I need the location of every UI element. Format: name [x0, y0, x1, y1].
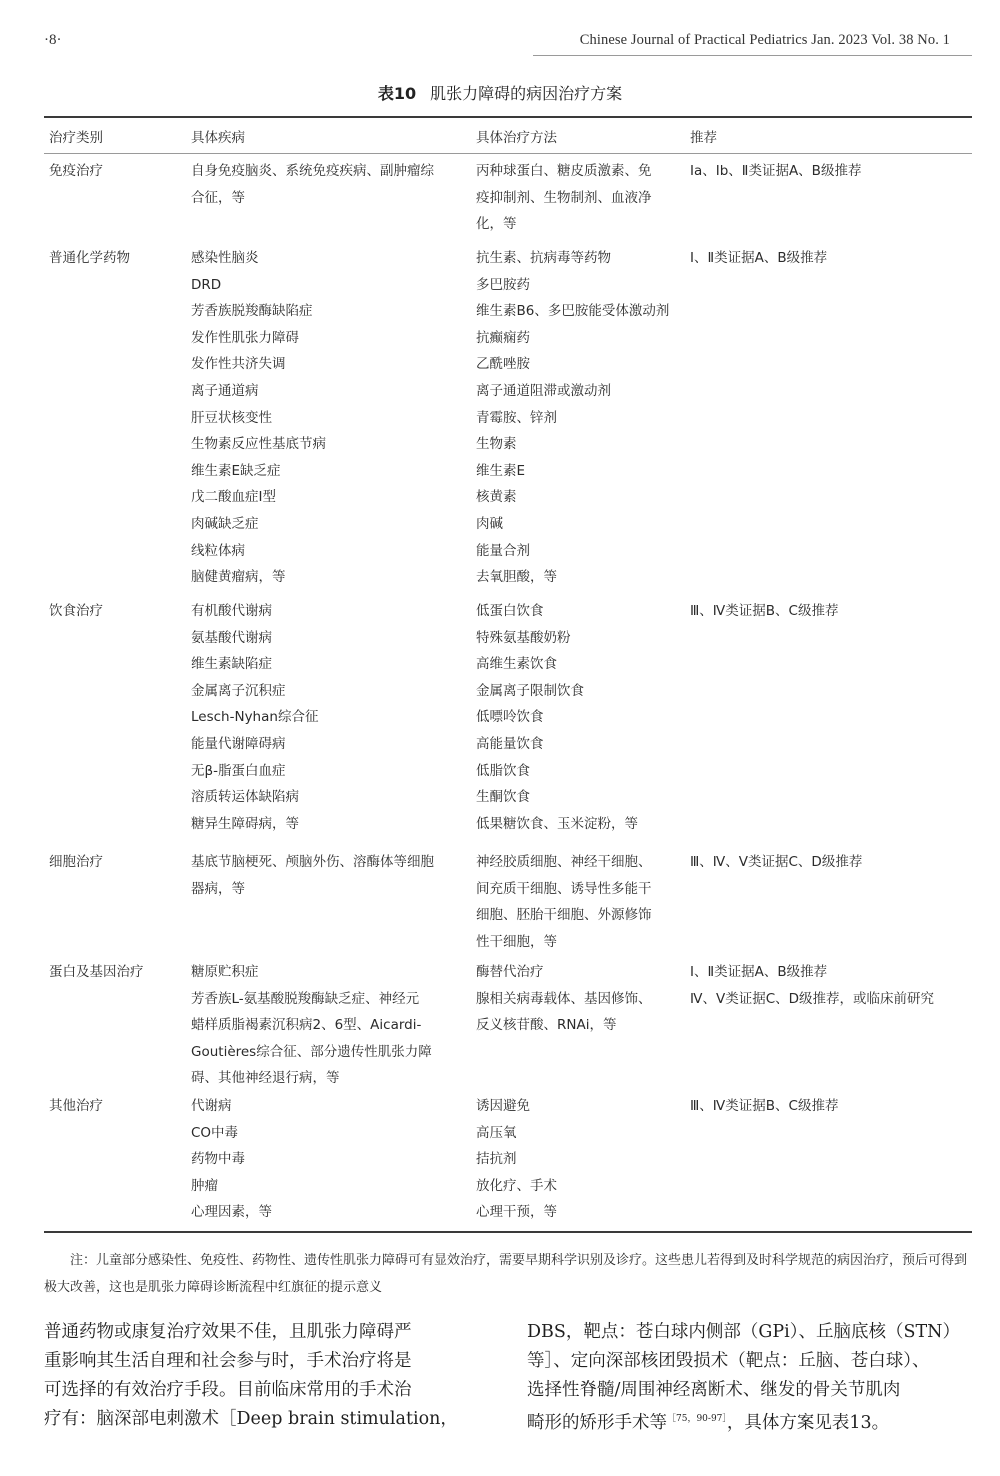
- cell-disease-line: 肝豆状核变性: [191, 405, 473, 432]
- cell-disease-line: 芳香族L-氨基酸脱羧酶缺乏症、神经元: [191, 986, 473, 1013]
- cell-recommendation: Ⅰa、Ⅰb、Ⅱ类证据A、B级推荐: [690, 158, 980, 185]
- cell-category: 普通化学药物: [49, 245, 184, 272]
- cell-treatment-line: 多巴胺药: [476, 272, 684, 299]
- cell-disease-line: 基底节脑梗死、颅脑外伤、溶酶体等细胞: [191, 849, 473, 876]
- header-rule: [533, 55, 972, 56]
- cell-disease-line: 代谢病: [191, 1093, 473, 1120]
- page-number: ·8·: [44, 32, 62, 49]
- body-line-last: 畸形的矫形手术等［75，90-97］，具体方案见表13。: [527, 1405, 975, 1438]
- cell-disease-line: 氨基酸代谢病: [191, 625, 473, 652]
- cell-recommendation-line: Ⅰ、Ⅱ类证据A、B级推荐: [690, 959, 980, 986]
- cell-treatment-line: 腺相关病毒载体、基因修饰、: [476, 986, 684, 1013]
- cell-disease-line: 合征，等: [191, 185, 473, 212]
- cell-disease-line: 蜡样质脂褐素沉积病2、6型、Aicardi-: [191, 1012, 473, 1039]
- cell-treatment-line: 低果糖饮食、玉米淀粉，等: [476, 811, 684, 838]
- table-top-rule: [44, 116, 972, 118]
- cell-treatment-line: 肉碱: [476, 511, 684, 538]
- cell-treatment-line: 丙种球蛋白、糖皮质激素、免: [476, 158, 684, 185]
- body-line: 重影响其生活自理和社会参与时，手术治疗将是: [44, 1347, 494, 1376]
- cell-treatment-line: 细胞、胚胎干细胞、外源修饰: [476, 902, 684, 929]
- cell-treatment-line: 金属离子限制饮食: [476, 678, 684, 705]
- column-header-treatment: 具体治疗方法: [476, 127, 684, 149]
- cell-treatment: 丙种球蛋白、糖皮质激素、免疫抑制剂、生物制剂、血液净化，等: [476, 158, 684, 238]
- cell-recommendation: Ⅰ、Ⅱ类证据A、B级推荐: [690, 245, 980, 272]
- cell-treatment-line: 拮抗剂: [476, 1146, 684, 1173]
- cell-treatment-line: 生酮饮食: [476, 784, 684, 811]
- cell-recommendation-line: Ⅳ、Ⅴ类证据C、D级推荐，或临床前研究: [690, 986, 980, 1013]
- table-bottom-rule: [44, 1231, 972, 1233]
- cell-disease-line: 能量代谢障碍病: [191, 731, 473, 758]
- cell-disease: 自身免疫脑炎、系统免疫疾病、副肿瘤综合征，等: [191, 158, 473, 211]
- cell-recommendation-line: Ⅰ、Ⅱ类证据A、B级推荐: [690, 245, 980, 272]
- column-header-recommendation: 推荐: [690, 127, 980, 149]
- cell-disease-line: 发作性肌张力障碍: [191, 325, 473, 352]
- cell-disease-line: 有机酸代谢病: [191, 598, 473, 625]
- journal-running-head: Chinese Journal of Practical Pediatrics …: [580, 32, 950, 49]
- body-line: 等］、定向深部核团毁损术（靶点：丘脑、苍白球）、: [527, 1347, 975, 1376]
- cell-disease-line: 肉碱缺乏症: [191, 511, 473, 538]
- cell-treatment-line: 维生素E: [476, 458, 684, 485]
- cell-disease-line: 脑健黄瘤病，等: [191, 564, 473, 591]
- cell-treatment-line: 化，等: [476, 211, 684, 238]
- table-header-rule: [44, 153, 972, 154]
- cell-treatment-line: 神经胶质细胞、神经干细胞、: [476, 849, 684, 876]
- cell-recommendation: Ⅰ、Ⅱ类证据A、B级推荐Ⅳ、Ⅴ类证据C、D级推荐，或临床前研究: [690, 959, 980, 1012]
- body-line-tail: ，具体方案见表13。: [727, 1413, 889, 1433]
- cell-category: 免疫治疗: [49, 158, 184, 185]
- cell-treatment-line: 维生素B6、多巴胺能受体激动剂: [476, 298, 684, 325]
- cell-disease-line: 感染性脑炎: [191, 245, 473, 272]
- table-header-row: 治疗类别 具体疾病 具体治疗方法 推荐: [0, 127, 1000, 149]
- cell-treatment-line: 放化疗、手术: [476, 1173, 684, 1200]
- cell-category: 细胞治疗: [49, 849, 184, 876]
- cell-disease-line: 线粒体病: [191, 538, 473, 565]
- cell-treatment-line: 抗癫痫药: [476, 325, 684, 352]
- cell-treatment-line: 低脂饮食: [476, 758, 684, 785]
- table-note: 注：儿童部分感染性、免疫性、药物性、遗传性肌张力障碍可有显效治疗，需要早期科学识…: [44, 1247, 974, 1301]
- cell-recommendation-line: Ⅲ、Ⅳ类证据B、C级推荐: [690, 1093, 980, 1120]
- cell-treatment-line: 性干细胞，等: [476, 929, 684, 956]
- column-header-disease: 具体疾病: [191, 127, 473, 149]
- cell-disease-line: 芳香族脱羧酶缺陷症: [191, 298, 473, 325]
- cell-treatment-line: 核黄素: [476, 484, 684, 511]
- cell-category: 饮食治疗: [49, 598, 184, 625]
- cell-disease-line: 糖原贮积症: [191, 959, 473, 986]
- cell-disease-line: 自身免疫脑炎、系统免疫疾病、副肿瘤综: [191, 158, 473, 185]
- body-line: DBS，靶点：苍白球内侧部（GPi）、丘脑底核（STN）: [527, 1318, 975, 1347]
- citation-reference[interactable]: ［75，90-97］: [667, 1414, 727, 1424]
- cell-treatment-line: 生物素: [476, 431, 684, 458]
- table-caption: 表10肌张力障碍的病因治疗方案: [0, 81, 1000, 104]
- cell-disease-line: 碍、其他神经退行病，等: [191, 1065, 473, 1092]
- body-line: 可选择的有效治疗手段。目前临床常用的手术治: [44, 1376, 494, 1405]
- cell-treatment-line: 低蛋白饮食: [476, 598, 684, 625]
- column-header-category: 治疗类别: [49, 127, 184, 149]
- cell-disease-line: 发作性共济失调: [191, 351, 473, 378]
- cell-treatment-line: 能量合剂: [476, 538, 684, 565]
- cell-category: 蛋白及基因治疗: [49, 959, 184, 986]
- cell-treatment-line: 离子通道阻滞或激动剂: [476, 378, 684, 405]
- cell-treatment-line: 酶替代治疗: [476, 959, 684, 986]
- cell-disease-line: Lesch-Nyhan综合征: [191, 704, 473, 731]
- cell-disease-line: 金属离子沉积症: [191, 678, 473, 705]
- cell-treatment-line: 去氧胆酸，等: [476, 564, 684, 591]
- cell-disease-line: 维生素缺陷症: [191, 651, 473, 678]
- cell-treatment-line: 青霉胺、锌剂: [476, 405, 684, 432]
- cell-treatment-line: 疫抑制剂、生物制剂、血液净: [476, 185, 684, 212]
- cell-disease: 基底节脑梗死、颅脑外伤、溶酶体等细胞器病，等: [191, 849, 473, 902]
- cell-recommendation: Ⅲ、Ⅳ、Ⅴ类证据C、D级推荐: [690, 849, 980, 876]
- cell-disease-line: 溶质转运体缺陷病: [191, 784, 473, 811]
- cell-disease-line: 离子通道病: [191, 378, 473, 405]
- cell-recommendation: Ⅲ、Ⅳ类证据B、C级推荐: [690, 598, 980, 625]
- cell-disease-line: 肿瘤: [191, 1173, 473, 1200]
- cell-treatment-line: 高维生素饮食: [476, 651, 684, 678]
- cell-recommendation-line: Ⅲ、Ⅳ、Ⅴ类证据C、D级推荐: [690, 849, 980, 876]
- cell-disease: 感染性脑炎DRD芳香族脱羧酶缺陷症发作性肌张力障碍发作性共济失调离子通道病肝豆状…: [191, 245, 473, 591]
- cell-recommendation: Ⅲ、Ⅳ类证据B、C级推荐: [690, 1093, 980, 1120]
- cell-treatment-line: 高压氧: [476, 1120, 684, 1147]
- cell-treatment-line: 反义核苷酸、RNAi，等: [476, 1012, 684, 1039]
- table-title: 肌张力障碍的病因治疗方案: [430, 84, 622, 103]
- cell-disease: 有机酸代谢病氨基酸代谢病维生素缺陷症金属离子沉积症Lesch-Nyhan综合征能…: [191, 598, 473, 837]
- cell-category: 其他治疗: [49, 1093, 184, 1120]
- cell-treatment-line: 高能量饮食: [476, 731, 684, 758]
- cell-disease-line: 生物素反应性基底节病: [191, 431, 473, 458]
- body-text-left-column: 普通药物或康复治疗效果不佳，且肌张力障碍严 重影响其生活自理和社会参与时，手术治…: [44, 1318, 494, 1434]
- body-line: 普通药物或康复治疗效果不佳，且肌张力障碍严: [44, 1318, 494, 1347]
- cell-treatment: 神经胶质细胞、神经干细胞、间充质干细胞、诱导性多能干细胞、胚胎干细胞、外源修饰性…: [476, 849, 684, 955]
- cell-treatment: 低蛋白饮食特殊氨基酸奶粉高维生素饮食金属离子限制饮食低嘌呤饮食高能量饮食低脂饮食…: [476, 598, 684, 837]
- body-text-right-column: DBS，靶点：苍白球内侧部（GPi）、丘脑底核（STN） 等］、定向深部核团毁损…: [527, 1318, 975, 1438]
- body-line: 疗有：脑深部电刺激术［Deep brain stimulation，: [44, 1405, 494, 1434]
- cell-treatment-line: 间充质干细胞、诱导性多能干: [476, 876, 684, 903]
- cell-disease-line: 戊二酸血症Ⅰ型: [191, 484, 473, 511]
- cell-treatment-line: 低嘌呤饮食: [476, 704, 684, 731]
- cell-treatment: 酶替代治疗腺相关病毒载体、基因修饰、反义核苷酸、RNAi，等: [476, 959, 684, 1039]
- cell-disease-line: 药物中毒: [191, 1146, 473, 1173]
- cell-disease-line: Goutières综合征、部分遗传性肌张力障: [191, 1039, 473, 1066]
- cell-disease-line: 心理因素，等: [191, 1199, 473, 1226]
- body-line: 选择性脊髓/周围神经离断术、继发的骨关节肌肉: [527, 1376, 975, 1405]
- cell-treatment-line: 诱因避免: [476, 1093, 684, 1120]
- cell-treatment-line: 抗生素、抗病毒等药物: [476, 245, 684, 272]
- cell-disease-line: CO中毒: [191, 1120, 473, 1147]
- cell-disease-line: 糖异生障碍病，等: [191, 811, 473, 838]
- cell-disease-line: DRD: [191, 272, 473, 299]
- cell-treatment-line: 特殊氨基酸奶粉: [476, 625, 684, 652]
- cell-disease-line: 无β-脂蛋白血症: [191, 758, 473, 785]
- cell-disease: 代谢病CO中毒药物中毒肿瘤心理因素，等: [191, 1093, 473, 1226]
- cell-recommendation-line: Ⅰa、Ⅰb、Ⅱ类证据A、B级推荐: [690, 158, 980, 185]
- cell-recommendation-line: Ⅲ、Ⅳ类证据B、C级推荐: [690, 598, 980, 625]
- table-number: 表10: [378, 84, 416, 103]
- cell-disease-line: 维生素E缺乏症: [191, 458, 473, 485]
- cell-disease: 糖原贮积症芳香族L-氨基酸脱羧酶缺乏症、神经元蜡样质脂褐素沉积病2、6型、Aic…: [191, 959, 473, 1092]
- cell-disease-line: 器病，等: [191, 876, 473, 903]
- cell-treatment: 抗生素、抗病毒等药物多巴胺药维生素B6、多巴胺能受体激动剂抗癫痫药乙酰唑胺离子通…: [476, 245, 684, 591]
- cell-treatment: 诱因避免高压氧拮抗剂放化疗、手术心理干预，等: [476, 1093, 684, 1226]
- cell-treatment-line: 乙酰唑胺: [476, 351, 684, 378]
- body-line-text: 畸形的矫形手术等: [527, 1413, 667, 1433]
- cell-treatment-line: 心理干预，等: [476, 1199, 684, 1226]
